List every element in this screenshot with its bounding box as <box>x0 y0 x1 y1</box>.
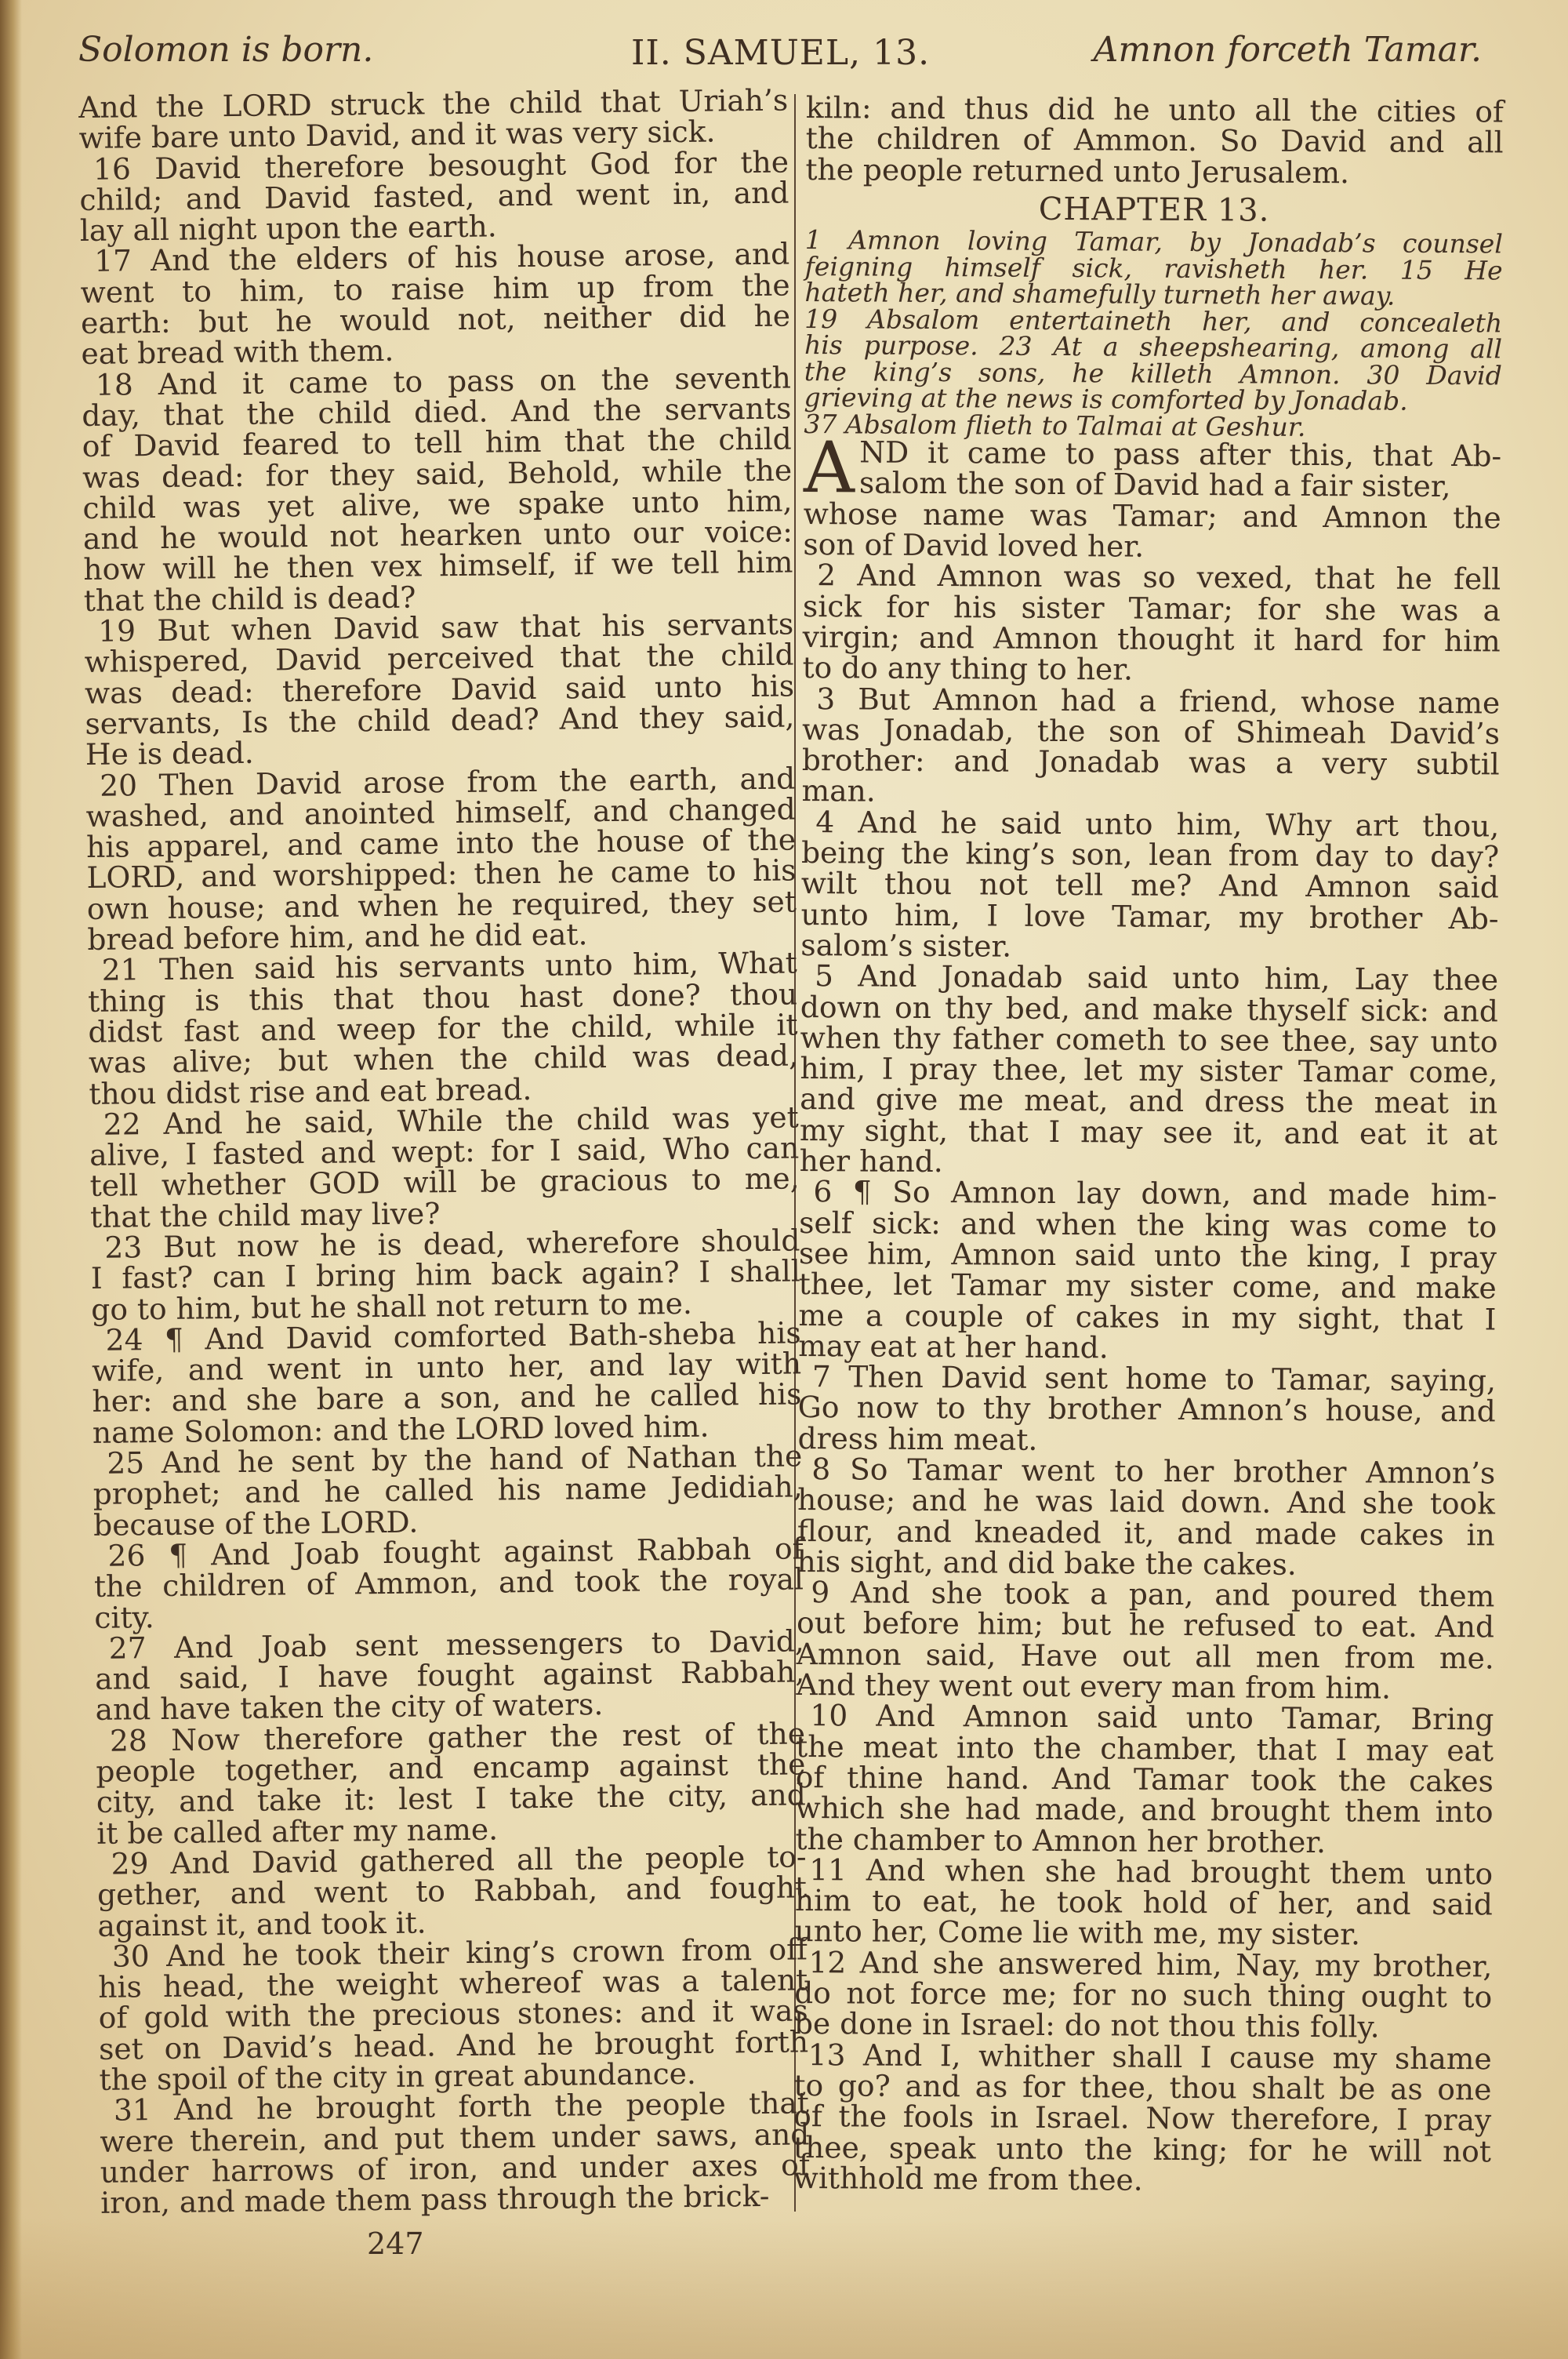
drop-cap-letter: A <box>804 440 855 496</box>
chapter-summary: 1 Amnon loving Tamar, by Jonadab’s couns… <box>804 227 1503 441</box>
chapter-13-verses: whose name was Tamar; and Amnon theson o… <box>793 499 1501 2198</box>
text-line: the children of Ammon, and took the roya… <box>94 1565 804 1603</box>
book-spine-shadow <box>0 0 22 2359</box>
text-line: brother: and Jonadab was a very subtil <box>802 745 1500 780</box>
page-number: 247 <box>367 2226 424 2261</box>
header-right-caption: Amnon forceth Tamar. <box>1094 30 1482 70</box>
text-line: gether, and went to Rabbah, and fought <box>97 1873 807 1911</box>
right-text-column: kiln: and thus did he unto all the citie… <box>793 93 1504 2197</box>
text-line: how will he then vex himself, if we tell… <box>83 547 793 586</box>
running-header: Solomon is born. II. SAMUEL, 13. Amnon f… <box>78 30 1482 85</box>
page-bottom-shading <box>0 2218 1568 2359</box>
text-line: salom the son of David had a fair sister… <box>804 467 1501 503</box>
text-line: prophet; and he called his name Jedidiah… <box>93 1472 803 1510</box>
left-text-column: And the LORD struck the child that Uriah… <box>78 85 810 2219</box>
text-line: tell whether GOD will be gracious to me, <box>89 1164 799 1202</box>
text-line: iron, and made them pass through the bri… <box>100 2181 810 2219</box>
chapter-heading: CHAPTER 13. <box>805 193 1503 228</box>
text-line: withhold me from thee. <box>793 2163 1491 2198</box>
chapter-opening: A ND it came to pass after this, that Ab… <box>804 437 1501 503</box>
header-left-caption: Solomon is born. <box>78 30 373 70</box>
text-line: earth: but he would not, neither did he <box>81 301 790 340</box>
chapter-12-continuation: kiln: and thus did he unto all the citie… <box>805 93 1504 189</box>
text-line: the people returned unto Jerusalem. <box>805 154 1503 190</box>
text-line: servants, Is the child dead? And they sa… <box>85 701 794 740</box>
header-book-chapter: II. SAMUEL, 13. <box>631 33 930 73</box>
